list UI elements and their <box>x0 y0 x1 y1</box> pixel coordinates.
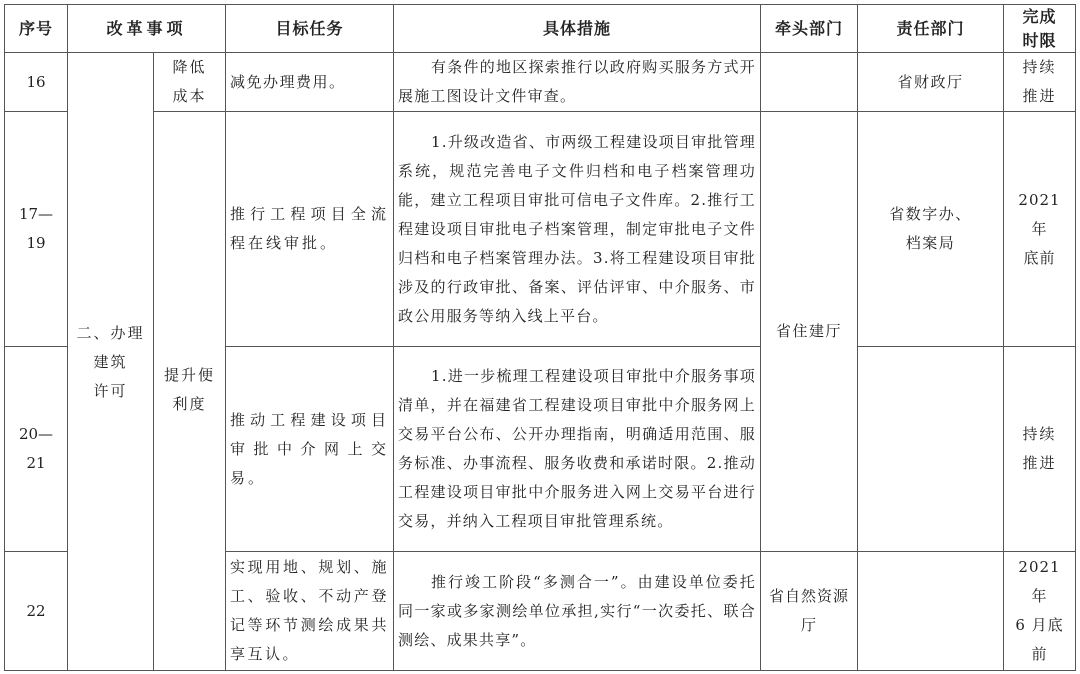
row22-deadline: 2021 年 6 月底 前 <box>1003 551 1076 671</box>
row22-deadline-line3: 前 <box>1031 640 1047 669</box>
row17-19-target-task: 推行工程项目全流程在线审批。 <box>225 111 394 347</box>
row17-19-target-task-text: 推行工程项目全流程在线审批。 <box>230 200 389 258</box>
row16-deadline: 持续推进 <box>1003 52 1076 112</box>
row16-seq: 16 <box>4 52 68 112</box>
header-deadline-line1: 完成 <box>1022 5 1056 29</box>
row20-21-measures-text: 1.进一步梳理工程建设项目审批中介服务事项清单，并在福建省工程建设项目审批中介服… <box>398 362 756 536</box>
header-target-task: 目标任务 <box>225 4 394 53</box>
row16-target-task: 减免办理费用。 <box>225 52 394 112</box>
row17-19-seq-line1: 17— <box>19 200 53 229</box>
row20-21-deadline-line2: 推进 <box>1022 449 1056 478</box>
row16-resp-dept: 省财政厅 <box>857 52 1004 112</box>
row20-21-resp-dept <box>857 346 1004 552</box>
row22-measures-text: 推行竣工阶段“多测合一”。由建设单位委托同一家或多家测绘单位承担,实行“一次委托… <box>398 568 756 655</box>
header-seq-label: 序号 <box>19 17 53 41</box>
header-resp-dept: 责任部门 <box>857 4 1004 53</box>
row17-19-resp-dept: 省数字办、 档案局 <box>857 111 1004 347</box>
subitem-cost-cell: 降低 成本 <box>153 52 226 112</box>
row22-target-task-text: 实现用地、规划、施工、验收、不动产登记等环节测绘成果共享互认。 <box>230 553 389 669</box>
reform-item-line1: 二、办理 <box>76 319 144 348</box>
lead-dept-shared-text: 省住建厅 <box>776 317 842 346</box>
row20-21-seq-line1: 20— <box>19 420 53 449</box>
row22-resp-dept <box>857 551 1004 671</box>
row22-lead-dept-line1: 省自然资源 <box>769 582 849 611</box>
row22-lead-dept-line2: 厅 <box>801 611 817 640</box>
header-seq: 序号 <box>4 4 68 53</box>
header-reform-item-label: 改革事项 <box>106 17 186 41</box>
row16-measures: 有条件的地区探索推行以政府购买服务方式开展施工图设计文件审查。 <box>393 52 761 112</box>
header-lead-dept: 牵头部门 <box>760 4 858 53</box>
row22-seq: 22 <box>4 551 68 671</box>
lead-dept-shared-cell: 省住建厅 <box>760 111 858 552</box>
subitem-cost-line1: 降低 <box>172 53 206 82</box>
reform-table: 序号 改革事项 目标任务 具体措施 牵头部门 责任部门 完成 时限 二、办理 建… <box>0 0 1080 674</box>
header-lead-dept-label: 牵头部门 <box>775 17 843 41</box>
header-measures: 具体措施 <box>393 4 761 53</box>
subitem-convenience-line1: 提升便 <box>164 361 215 390</box>
row17-19-deadline: 2021 年 底前 <box>1003 111 1076 347</box>
reform-item-line2: 建筑 <box>93 348 127 377</box>
row17-19-measures: 1.升级改造省、市两级工程建设项目审批管理系统，规范完善电子文件归档和电子档案管… <box>393 111 761 347</box>
header-reform-item: 改革事项 <box>67 4 226 53</box>
row16-resp-dept-text: 省财政厅 <box>897 68 963 97</box>
row17-19-seq: 17— 19 <box>4 111 68 347</box>
row16-lead-dept <box>760 52 858 112</box>
header-target-task-label: 目标任务 <box>275 17 343 41</box>
row16-target-task-text: 减免办理费用。 <box>230 68 346 97</box>
row20-21-seq-line2: 21 <box>26 449 45 478</box>
row20-21-seq: 20— 21 <box>4 346 68 552</box>
row20-21-measures: 1.进一步梳理工程建设项目审批中介服务事项清单，并在福建省工程建设项目审批中介服… <box>393 346 761 552</box>
header-measures-label: 具体措施 <box>543 17 611 41</box>
row17-19-resp-dept-line2: 档案局 <box>906 229 956 258</box>
row22-deadline-line2: 6 月底 <box>1015 611 1063 640</box>
row20-21-target-task: 推动工程建设项目审批中介网上交易。 <box>225 346 394 552</box>
row20-21-deadline: 持续 推进 <box>1003 346 1076 552</box>
row22-lead-dept: 省自然资源 厅 <box>760 551 858 671</box>
row16-measures-text: 有条件的地区探索推行以政府购买服务方式开展施工图设计文件审查。 <box>398 53 756 111</box>
row22-deadline-line1: 2021 年 <box>1008 553 1071 611</box>
header-deadline-line2: 时限 <box>1022 29 1056 53</box>
row17-19-seq-line2: 19 <box>26 229 45 258</box>
row17-19-deadline-line1: 2021 年 <box>1008 186 1071 244</box>
reform-item-cell: 二、办理 建筑 许可 <box>67 52 154 671</box>
row20-21-deadline-line1: 持续 <box>1022 420 1056 449</box>
header-deadline: 完成 时限 <box>1003 4 1076 53</box>
row22-seq-text: 22 <box>26 597 45 626</box>
row16-seq-text: 16 <box>26 68 45 97</box>
row17-19-resp-dept-line1: 省数字办、 <box>889 200 972 229</box>
subitem-convenience-cell: 提升便 利度 <box>153 111 226 671</box>
row22-measures: 推行竣工阶段“多测合一”。由建设单位委托同一家或多家测绘单位承担,实行“一次委托… <box>393 551 761 671</box>
header-resp-dept-label: 责任部门 <box>896 17 964 41</box>
row17-19-deadline-line2: 底前 <box>1023 244 1055 273</box>
row17-19-measures-text: 1.升级改造省、市两级工程建设项目审批管理系统，规范完善电子文件归档和电子档案管… <box>398 128 756 331</box>
row16-deadline-text: 持续推进 <box>1016 53 1063 111</box>
reform-item-line3: 许可 <box>93 377 127 406</box>
row20-21-target-task-text: 推动工程建设项目审批中介网上交易。 <box>230 406 389 493</box>
subitem-convenience-line2: 利度 <box>172 390 206 419</box>
subitem-cost-line2: 成本 <box>172 82 206 111</box>
row22-target-task: 实现用地、规划、施工、验收、不动产登记等环节测绘成果共享互认。 <box>225 551 394 671</box>
